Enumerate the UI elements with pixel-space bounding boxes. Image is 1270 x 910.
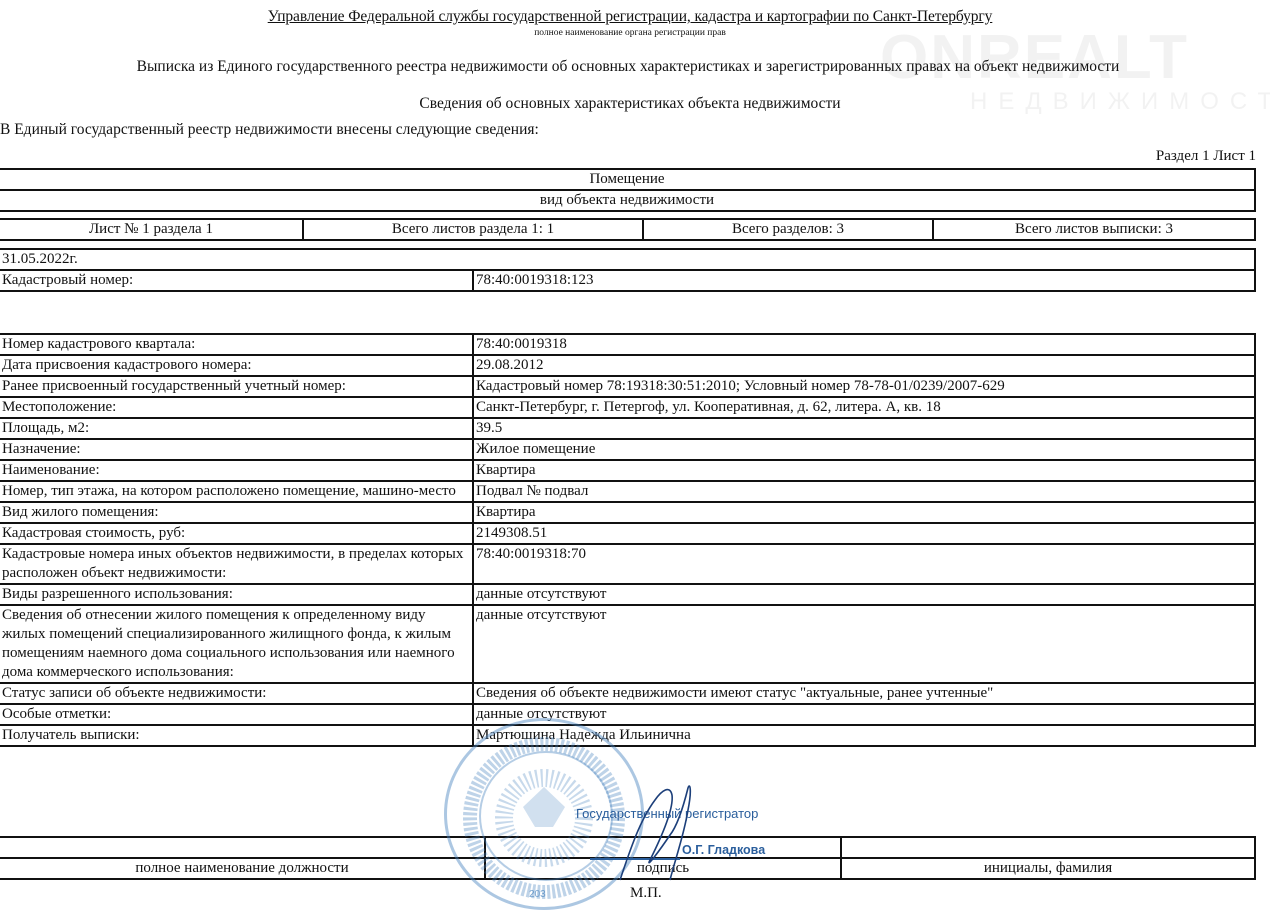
table-row: Номер, тип этажа, на котором расположено…: [0, 481, 1255, 502]
row-value: 39.5: [473, 418, 1255, 439]
object-type-caption: вид объекта недвижимости: [0, 190, 1255, 211]
row-label: Наименование:: [0, 460, 473, 481]
table-row: Назначение:Жилое помещение: [0, 439, 1255, 460]
row-value: 78:40:0019318: [473, 334, 1255, 355]
registrar-name: О.Г. Гладкова: [682, 843, 765, 857]
extract-date: 31.05.2022г.: [0, 249, 1255, 270]
table-row: Сведения об отнесении жилого помещения к…: [0, 605, 1255, 683]
organization-caption: полное наименование органа регистрации п…: [0, 28, 1260, 38]
row-label: Получатель выписки:: [0, 725, 473, 746]
table-row: Статус записи об объекте недвижимости:Св…: [0, 683, 1255, 704]
row-label: Кадастровые номера иных объектов недвижи…: [0, 544, 473, 584]
cadastral-number-label: Кадастровый номер:: [0, 270, 473, 291]
signature-underline: [590, 858, 680, 860]
registrar-position: Государственный регистратор: [576, 806, 758, 821]
row-value: 78:40:0019318:70: [473, 544, 1255, 584]
row-value: Квартира: [473, 460, 1255, 481]
table-row: Кадастровая стоимость, руб:2149308.51: [0, 523, 1255, 544]
sheets-in-section: Всего листов раздела 1: 1: [303, 219, 643, 240]
row-label: Кадастровая стоимость, руб:: [0, 523, 473, 544]
row-label: Виды разрешенного использования:: [0, 584, 473, 605]
row-value: Санкт-Петербург, г. Петергоф, ул. Коопер…: [473, 397, 1255, 418]
organization-name: Управление Федеральной службы государств…: [0, 8, 1260, 26]
signature-cell: [485, 837, 841, 858]
row-label: Ранее присвоенный государственный учетны…: [0, 376, 473, 397]
row-value: Мартюшина Надежда Ильинична: [473, 725, 1255, 746]
position-cell: [0, 837, 485, 858]
row-value: Подвал № подвал: [473, 481, 1255, 502]
table-row: Кадастровые номера иных объектов недвижи…: [0, 544, 1255, 584]
seal-place-label: М.П.: [630, 885, 662, 902]
section-title: Сведения об основных характеристиках объ…: [0, 95, 1260, 113]
row-value: 2149308.51: [473, 523, 1255, 544]
caption-signature: подпись: [485, 858, 841, 879]
row-label: Площадь, м2:: [0, 418, 473, 439]
sheet-info-table: Лист № 1 раздела 1 Всего листов раздела …: [0, 218, 1256, 241]
row-label: Сведения об отнесении жилого помещения к…: [0, 605, 473, 683]
stamp-number: 203: [529, 889, 546, 900]
characteristics-table: Номер кадастрового квартала:78:40:001931…: [0, 333, 1256, 747]
cadastral-number-value: 78:40:0019318:123: [473, 270, 1255, 291]
table-row: Номер кадастрового квартала:78:40:001931…: [0, 334, 1255, 355]
row-value: данные отсутствуют: [473, 704, 1255, 725]
caption-name: инициалы, фамилия: [841, 858, 1255, 879]
row-label: Номер, тип этажа, на котором расположено…: [0, 481, 473, 502]
sheet-number: Лист № 1 раздела 1: [0, 219, 303, 240]
table-row: Вид жилого помещения:Квартира: [0, 502, 1255, 523]
table-row: Местоположение:Санкт-Петербург, г. Петер…: [0, 397, 1255, 418]
row-value: Кадастровый номер 78:19318:30:51:2010; У…: [473, 376, 1255, 397]
row-value: Жилое помещение: [473, 439, 1255, 460]
row-value: данные отсутствуют: [473, 605, 1255, 683]
row-label: Вид жилого помещения:: [0, 502, 473, 523]
object-type-table: Помещение вид объекта недвижимости: [0, 168, 1256, 212]
name-cell: [841, 837, 1255, 858]
caption-position: полное наименование должности: [0, 858, 485, 879]
row-label: Дата присвоения кадастрового номера:: [0, 355, 473, 376]
intro-text: В Единый государственный реестр недвижим…: [0, 121, 539, 139]
row-value: Сведения об объекте недвижимости имеют с…: [473, 683, 1255, 704]
cadastral-table: 31.05.2022г. Кадастровый номер: 78:40:00…: [0, 248, 1256, 292]
sheet-label: Раздел 1 Лист 1: [1156, 148, 1256, 165]
object-type: Помещение: [0, 169, 1255, 190]
table-row: Ранее присвоенный государственный учетны…: [0, 376, 1255, 397]
row-value: 29.08.2012: [473, 355, 1255, 376]
row-label: Особые отметки:: [0, 704, 473, 725]
document-title: Выписка из Единого государственного реес…: [0, 58, 1256, 76]
total-sheets: Всего листов выписки: 3: [933, 219, 1255, 240]
row-label: Номер кадастрового квартала:: [0, 334, 473, 355]
table-row: Наименование:Квартира: [0, 460, 1255, 481]
row-value: Квартира: [473, 502, 1255, 523]
table-row: Получатель выписки:Мартюшина Надежда Иль…: [0, 725, 1255, 746]
table-row: Особые отметки:данные отсутствуют: [0, 704, 1255, 725]
table-row: Виды разрешенного использования:данные о…: [0, 584, 1255, 605]
row-label: Назначение:: [0, 439, 473, 460]
row-label: Местоположение:: [0, 397, 473, 418]
table-row: Дата присвоения кадастрового номера:29.0…: [0, 355, 1255, 376]
table-row: Площадь, м2:39.5: [0, 418, 1255, 439]
row-label: Статус записи об объекте недвижимости:: [0, 683, 473, 704]
total-sections: Всего разделов: 3: [643, 219, 933, 240]
row-value: данные отсутствуют: [473, 584, 1255, 605]
